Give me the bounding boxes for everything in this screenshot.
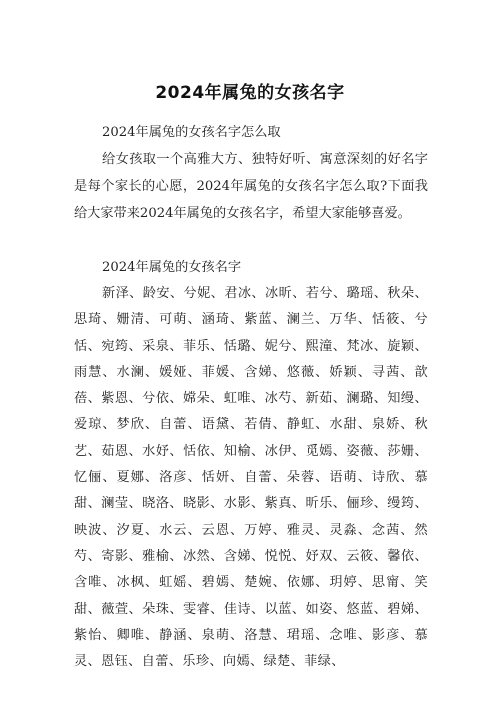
paragraph-gap — [74, 227, 428, 254]
subheading: 2024年属兔的女孩名字怎么取 — [74, 119, 428, 146]
intro-paragraph: 给女孩取一个高雅大方、独特好听、寓意深刻的好名字是每个家长的心愿，2024年属兔… — [74, 146, 428, 227]
document-title: 2024年属兔的女孩名字 — [0, 78, 500, 103]
document-body: 2024年属兔的女孩名字怎么取 给女孩取一个高雅大方、独特好听、寓意深刻的好名字… — [74, 119, 428, 675]
document-page: 2024年属兔的女孩名字 2024年属兔的女孩名字怎么取 给女孩取一个高雅大方、… — [0, 0, 500, 708]
names-list: 新泽、龄安、兮妮、君冰、冰昕、若兮、璐瑶、秋朵、思琦、姗清、可萌、涵琦、紫蓝、澜… — [74, 281, 428, 675]
section-heading: 2024年属兔的女孩名字 — [74, 254, 428, 281]
